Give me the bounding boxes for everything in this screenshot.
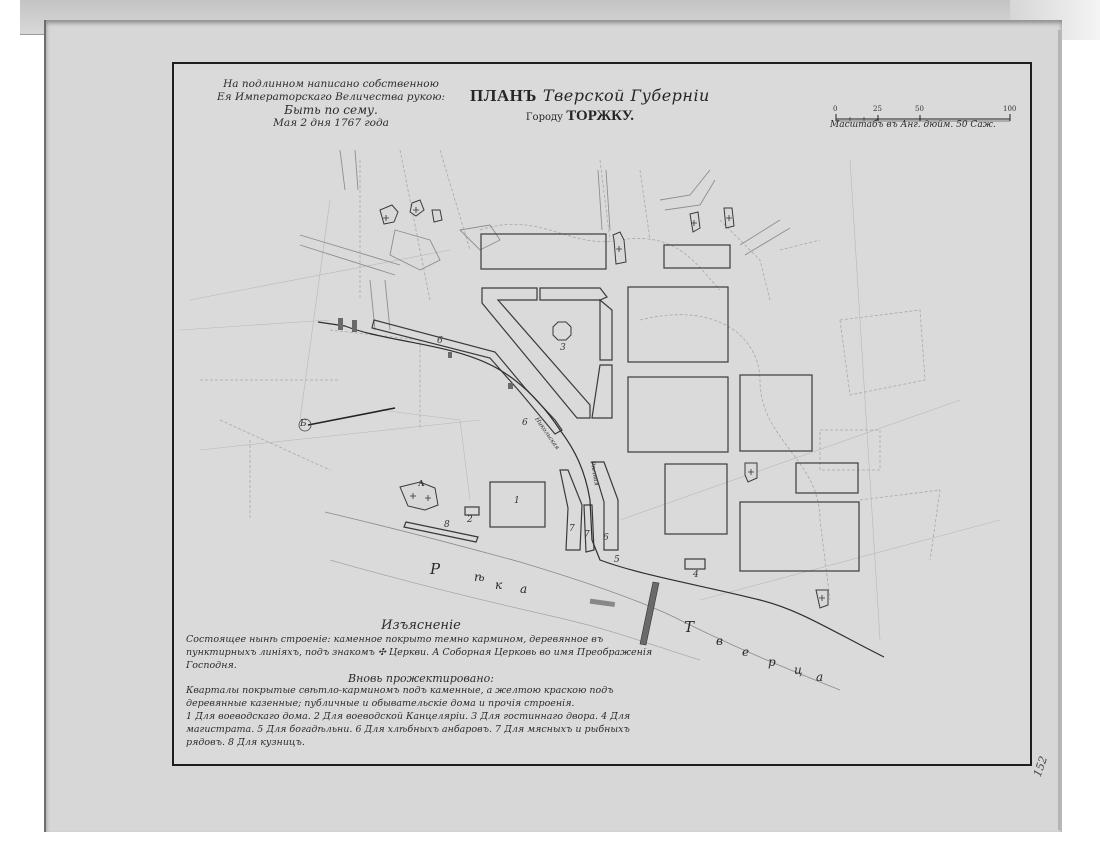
church-icon [613,232,626,264]
legend-item-label: Для воеводскаго дома. [195,711,311,722]
map-legend: Изъясненiе Состоящее нынѣ строенiе: каме… [186,618,656,749]
legend-existing-text: Состоящее нынѣ строенiе: каменное покрыт… [186,634,656,672]
church-icon [690,212,700,232]
block-triangle-east [600,300,612,360]
scale-tick-50: 50 [915,105,924,113]
label-cathedral-a: А [418,478,425,488]
approval-line-4: Мая 2 дня 1767 года [186,117,476,130]
block-8-smithies [404,522,478,542]
approval-line-1: На подлинном написано собственною [186,78,476,91]
legend-item-label: Для воеводской Канцелярiи. [323,711,468,722]
block-east-5 [796,463,858,493]
faint-survey-lines [180,160,1000,640]
title-province: Тверской Губернiи [543,86,710,105]
river-letter: а [816,670,823,684]
legend-heading: Изъясненiе [186,618,656,634]
legend-item-num: 4 [601,711,607,722]
label-block-4: 4 [693,570,699,580]
legend-item-label: Для гостиннаго двора. [480,711,598,722]
title-city: ТОРЖКУ. [566,108,634,124]
river-letter: а [520,582,527,596]
block-7-rows-a [560,470,582,550]
river-letter: Т [684,618,694,636]
label-block-6-lower: 6 [603,533,609,543]
legend-item-num: 2 [314,711,320,722]
river-letter: е [742,645,749,659]
label-block-6-middle: 6 [522,418,528,428]
river-letter: ц [794,663,802,677]
block-east-2 [628,377,728,452]
legend-item-num: 6 [355,724,361,735]
legend-items: 1 Для воеводскаго дома. 2 Для воеводской… [186,711,656,749]
scale-caption: Масштабъ въ Анг. дюйм. 50 Саж. [830,120,996,130]
church-icon [380,205,398,224]
imperial-approval-note: На подлинном написано собственною Ея Имп… [186,78,476,130]
bridge-small-2 [352,320,357,332]
legend-item-num: 5 [257,724,263,735]
label-block-1: 1 [514,496,520,506]
label-block-6-upper: 6 [437,336,443,346]
block-east-4 [665,464,727,534]
label-pointer-b: Б [300,419,307,429]
bridge-small-1 [338,318,343,330]
legend-projected-heading: Вновь прожектировано: [186,672,656,685]
block-triangle-west [482,288,590,418]
river-boat [590,599,615,607]
label-block-8: 8 [444,520,450,530]
map-title: ПЛАНЪ Тверской Губернiи Городу ТОРЖКУ. [470,86,690,125]
legend-item-label: Для кузницъ. [237,737,305,748]
approval-line-3: Быть по сему. [186,104,476,117]
block-6-granaries-upper [372,320,562,434]
church-icon [410,200,424,216]
label-block-7-a: 7 [569,524,575,534]
legend-item-num: 8 [228,737,234,748]
block-east-6 [740,502,859,571]
scale-tick-0: 0 [833,105,837,113]
block-7-rows-b [584,505,594,552]
legend-projected-text: Кварталы покрытые свѣтло-карминомъ подъ … [186,685,656,711]
scale-tick-25: 25 [873,105,882,113]
block-triangle-top [540,288,607,300]
block-4-magistrate [685,559,705,569]
scale-tick-100: 100 [1003,105,1016,113]
legend-item-num: 3 [471,711,477,722]
river-letter: к [495,578,502,592]
river-letter: Р [430,560,440,578]
label-block-5: 5 [614,555,620,565]
label-block-2: 2 [467,515,473,525]
river-letter: в [716,634,723,648]
title-prefix: ПЛАНЪ [470,86,537,105]
block-2-chancellery [465,507,479,515]
river-letter: р [768,655,776,669]
roads-upper-left [300,150,500,330]
label-block-7-b: 7 [584,530,590,540]
block-triangle-southeast [592,365,612,418]
block-east-1 [628,287,728,362]
label-block-3: 3 [560,343,566,353]
block-east-3 [740,375,812,451]
legend-item-num: 7 [495,724,501,735]
river-letter: ѣ [474,570,485,584]
orientation-pointer [299,408,395,431]
market-octagon [553,322,571,340]
legend-item-label: Для хлѣбныхъ анбаровъ. [365,724,492,735]
legend-item-num: 1 [186,711,192,722]
title-city-prefix: Городу [526,112,563,123]
legend-item-label: Для богадѣльни. [266,724,352,735]
church-icon [432,210,442,222]
